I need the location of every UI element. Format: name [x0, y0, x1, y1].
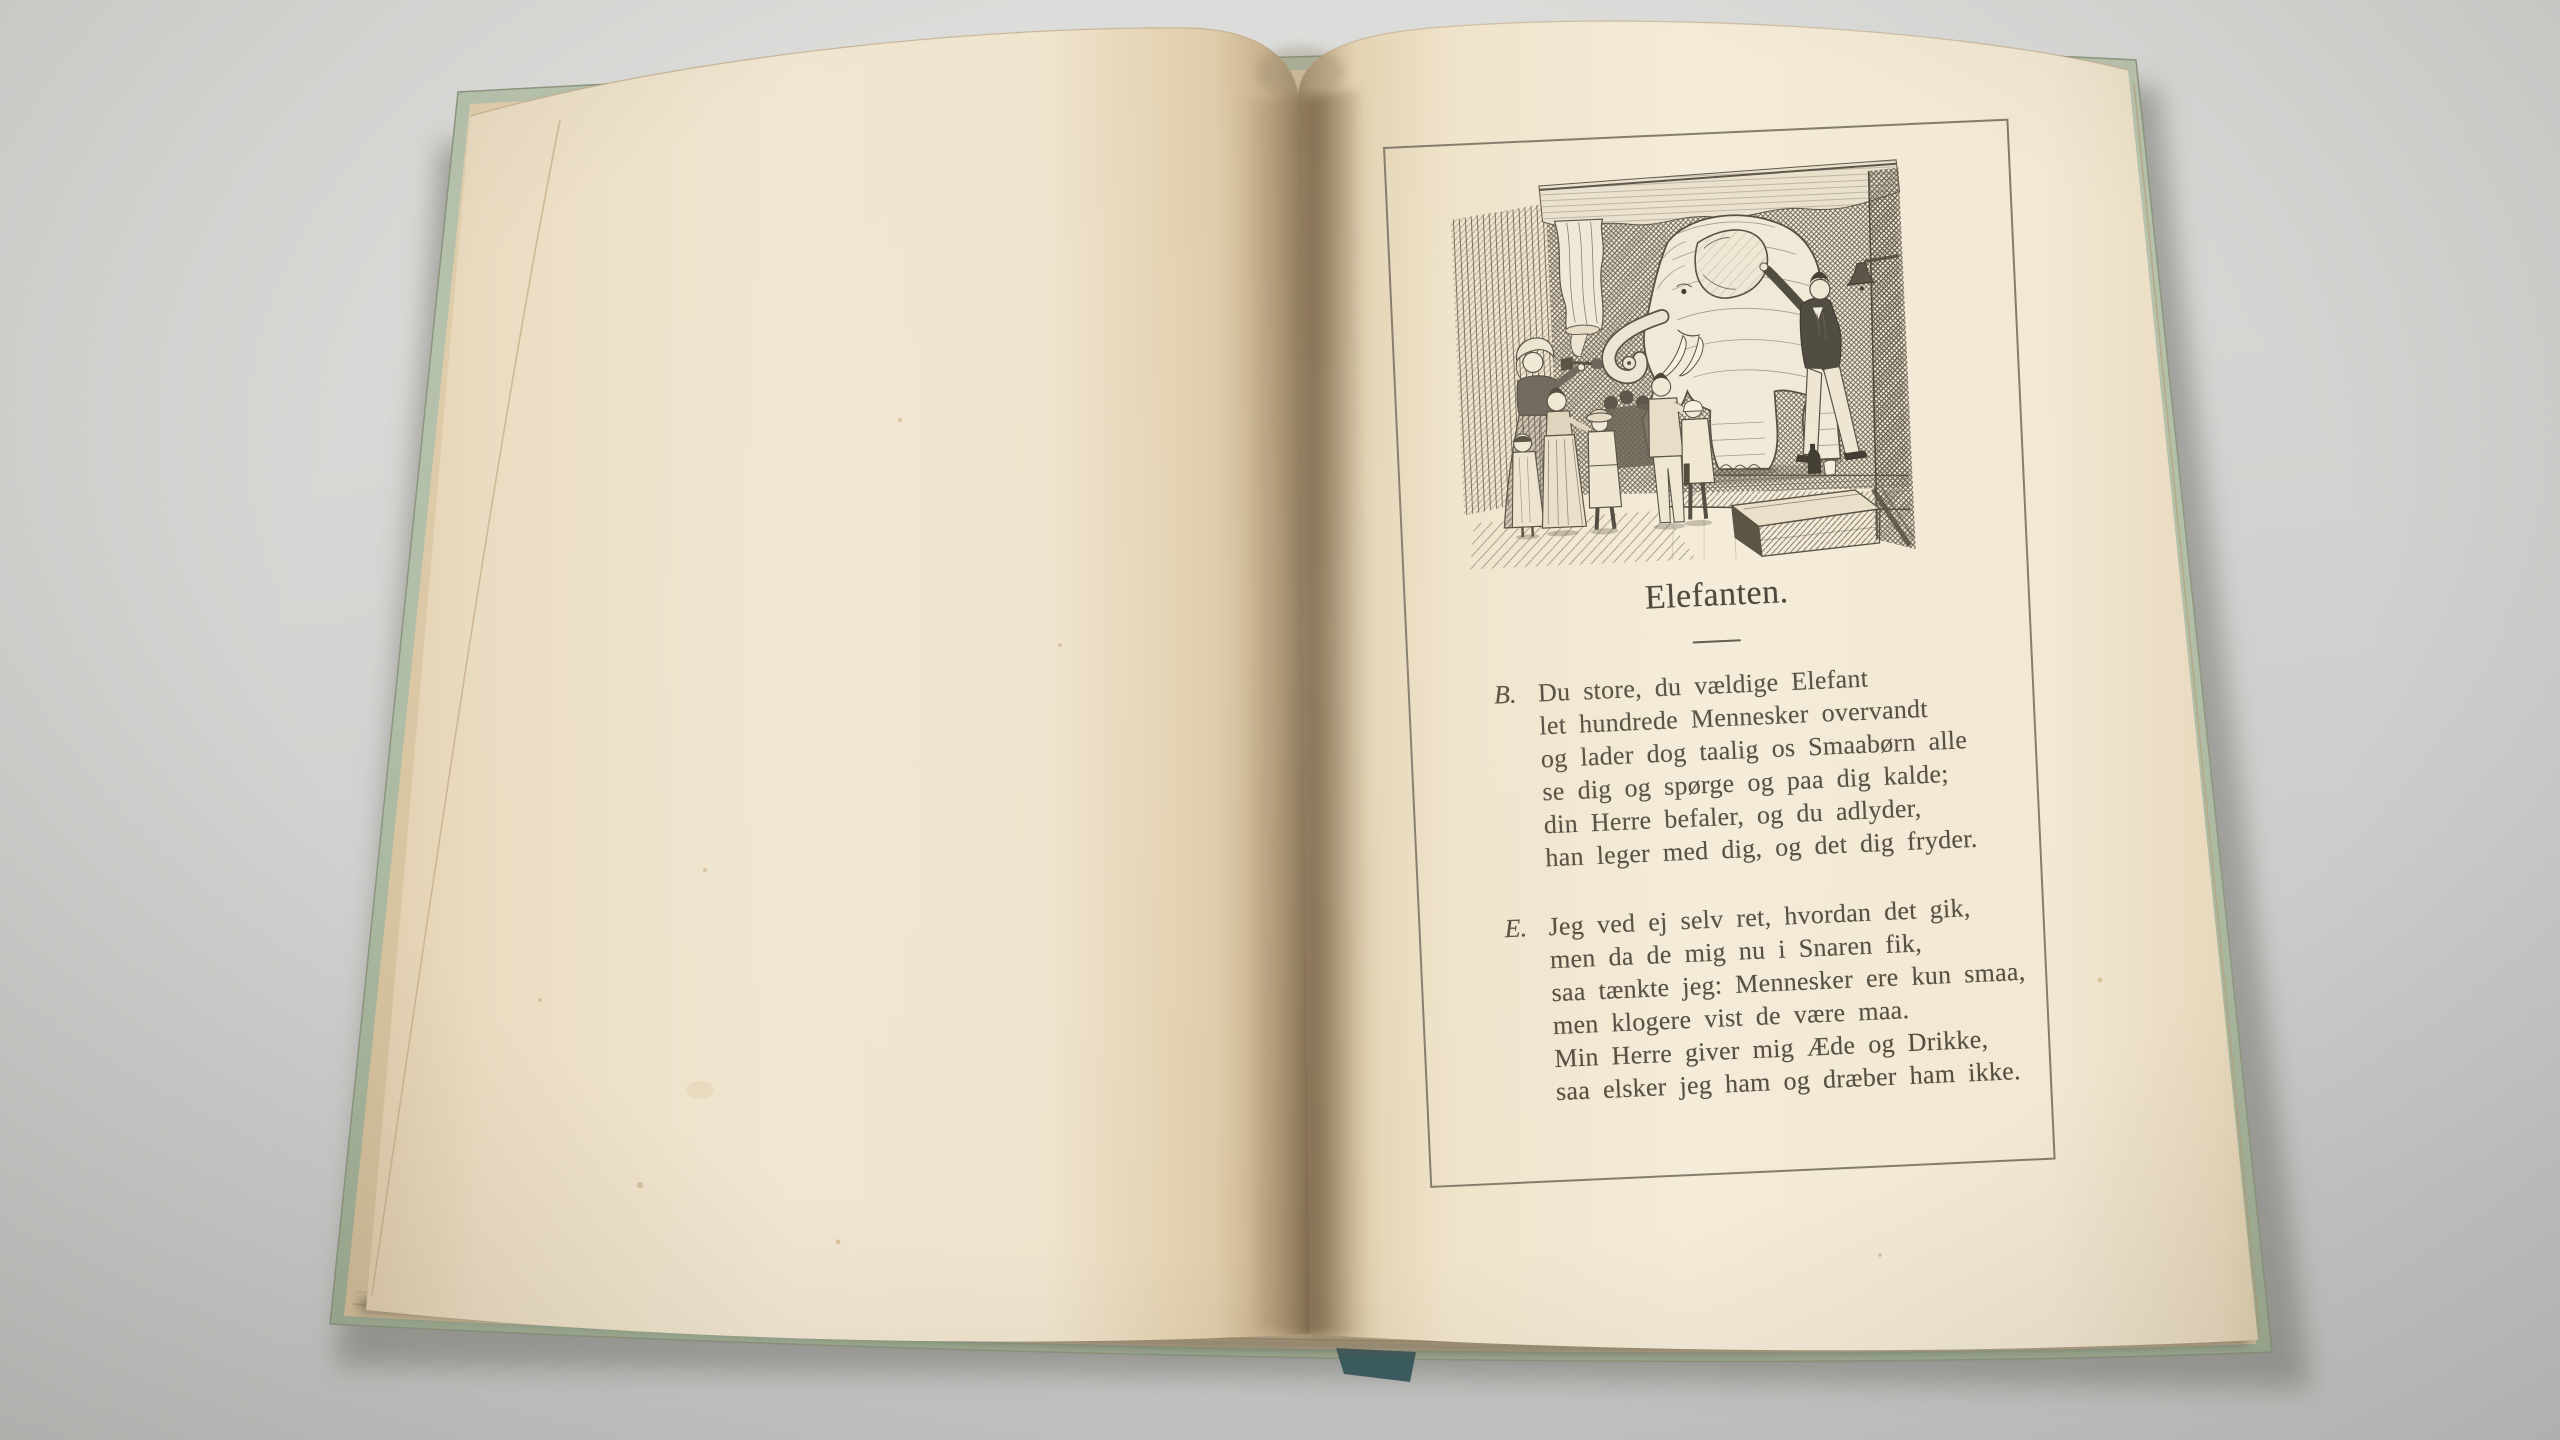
photo-of-open-book: Elefanten. B. Du store, du vældige Elefa…	[0, 0, 2560, 1440]
title-rule	[1693, 639, 1741, 643]
left-page-blank	[366, 28, 1310, 1342]
stanza-label: E.	[1504, 911, 1537, 945]
stanza-b: B. Du store, du vældige Elefant let hund…	[1493, 655, 2019, 876]
stanza-label: B.	[1493, 677, 1526, 711]
page-frame-border: Elefanten. B. Du store, du vældige Elefa…	[1383, 119, 2056, 1188]
gutter-shadow	[1240, 90, 1374, 1340]
stanza-e: E. Jeg ved ej selv ret, hvordan det gik,…	[1504, 889, 2030, 1110]
elephant-engraving-illustration	[1448, 158, 1918, 578]
book-photo	[0, 0, 2560, 1440]
